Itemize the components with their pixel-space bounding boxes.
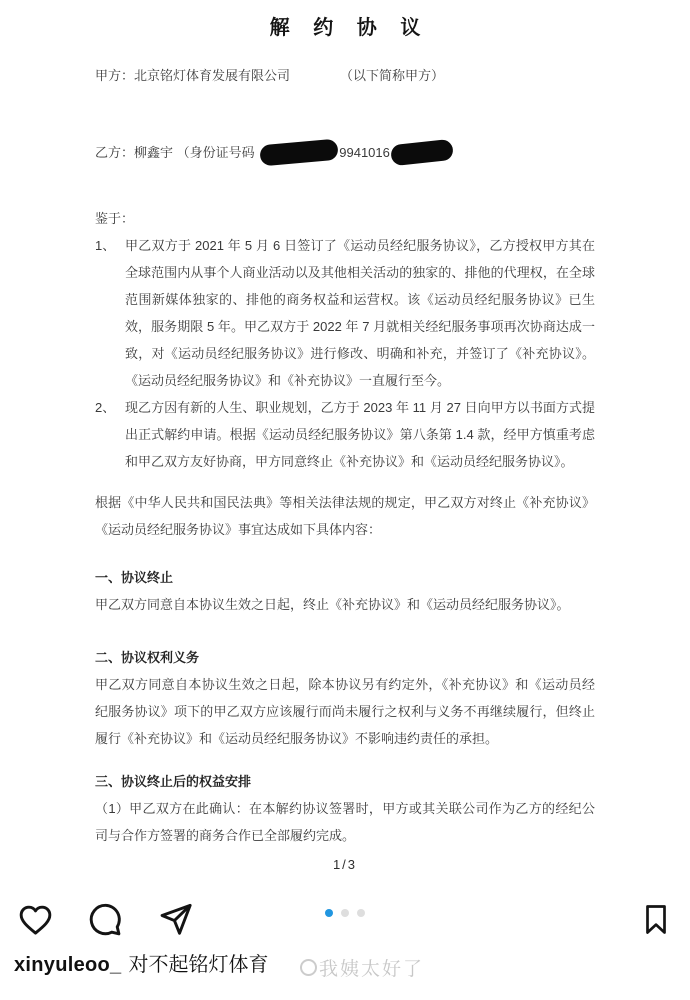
section-heading: 三、协议终止后的权益安排 [95, 768, 595, 795]
redaction-mark [259, 139, 339, 167]
clause-1: 1、 甲乙双方于 2021 年 5 月 6 日签订了《运动员经纪服务协议》，乙方… [95, 232, 595, 394]
clause-number: 1、 [95, 232, 125, 394]
share-button[interactable] [157, 901, 194, 938]
party-b-id-digits: 9941016 [339, 145, 390, 160]
section-heading: 二、协议权利义务 [95, 644, 595, 671]
comment-button[interactable] [87, 901, 124, 938]
caption-text: 对不起铭灯体育 [128, 954, 268, 976]
carousel-dot-2 [341, 909, 349, 917]
username-link[interactable]: xinyuleoo_ [14, 954, 121, 976]
carousel-dots [325, 909, 365, 917]
party-b-name: 乙方：柳鑫宇 （身份证号码 [95, 145, 255, 160]
section-body: （1）甲乙双方在此确认：在本解约协议签署时，甲方或其关联公司作为乙方的经纪公司与… [95, 795, 595, 849]
section-heading: 一、协议终止 [95, 564, 595, 591]
party-a-line: 甲方：北京铭灯体育发展有限公司（以下简称甲方） [95, 66, 595, 86]
clause-number: 2、 [95, 394, 125, 475]
clause-text: 现乙方因有新的人生、职业规划，乙方于 2023 年 11 月 27 日向甲方以书… [125, 394, 595, 475]
party-a-note: （以下简称甲方） [340, 68, 444, 83]
party-b-line: 乙方：柳鑫宇 （身份证号码 9941016 [95, 142, 595, 164]
document-page-number: 1/3 [95, 851, 595, 878]
post-action-bar [0, 893, 690, 945]
photo-watermark: 我姨太好了 [300, 954, 424, 981]
clause-text: 甲乙双方于 2021 年 5 月 6 日签订了《运动员经纪服务协议》，乙方授权甲… [125, 232, 595, 394]
like-button[interactable] [17, 901, 54, 938]
section-3: 三、协议终止后的权益安排 （1）甲乙双方在此确认：在本解约协议签署时，甲方或其关… [95, 768, 595, 849]
document-page[interactable]: 解 约 协 议 甲方：北京铭灯体育发展有限公司（以下简称甲方） 乙方：柳鑫宇 （… [0, 0, 690, 878]
section-body: 甲乙双方同意自本协议生效之日起，终止《补充协议》和《运动员经纪服务协议》。 [95, 591, 595, 618]
legal-basis-paragraph: 根据《中华人民共和国民法典》等相关法律法规的规定，甲乙双方对终止《补充协议》《运… [95, 489, 595, 543]
clause-2: 2、 现乙方因有新的人生、职业规划，乙方于 2023 年 11 月 27 日向甲… [95, 394, 595, 475]
watermark-logo-icon [300, 959, 317, 976]
party-a-name: 甲方：北京铭灯体育发展有限公司 [95, 68, 290, 83]
section-body: 甲乙双方同意自本协议生效之日起，除本协议另有约定外，《补充协议》和《运动员经纪服… [95, 671, 595, 752]
heart-outline-icon [17, 901, 54, 938]
caption-row: xinyuleoo_对不起铭灯体育 我姨太好了 [0, 948, 690, 977]
redaction-mark [390, 139, 454, 166]
carousel-dot-1 [325, 909, 333, 917]
save-button[interactable] [639, 901, 673, 938]
paper-plane-icon [157, 901, 194, 938]
watermark-text: 我姨太好了 [319, 954, 424, 981]
section-1: 一、协议终止 甲乙双方同意自本协议生效之日起，终止《补充协议》和《运动员经纪服务… [95, 564, 595, 618]
instagram-post-view: 解 约 协 议 甲方：北京铭灯体育发展有限公司（以下简称甲方） 乙方：柳鑫宇 （… [0, 0, 690, 1000]
carousel-dot-3 [357, 909, 365, 917]
document-title: 解 约 协 议 [104, 14, 595, 42]
bookmark-icon [639, 901, 673, 938]
section-2: 二、协议权利义务 甲乙双方同意自本协议生效之日起，除本协议另有约定外，《补充协议… [95, 644, 595, 752]
speech-bubble-icon [87, 901, 124, 938]
whereas-label: 鉴于： [95, 205, 595, 232]
